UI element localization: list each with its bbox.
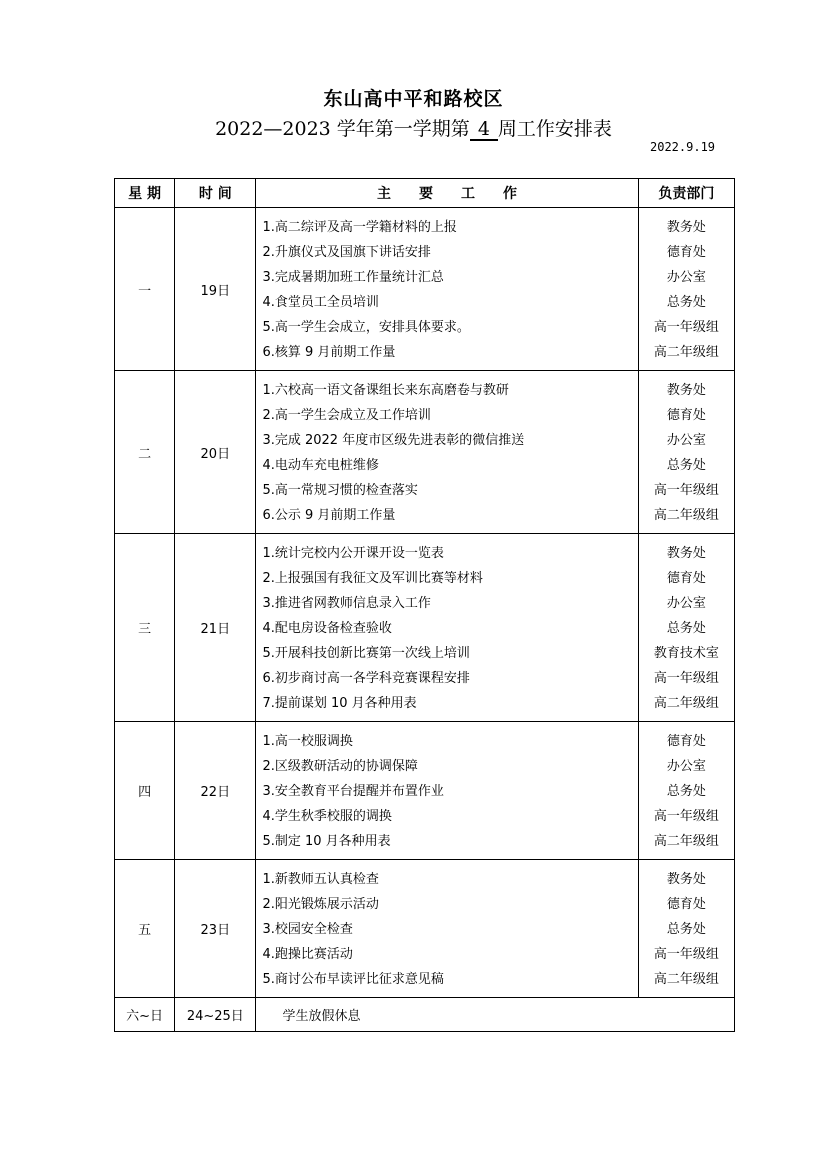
document-date: 2022.9.19 — [650, 140, 715, 154]
column-header-main-work: 主 要 工 作 — [256, 179, 638, 208]
table-row: 四22日1.高一校服调换2.区级教研活动的协调保障3.安全教育平台提醒并布置作业… — [115, 722, 735, 860]
week-number: 4 — [470, 119, 498, 141]
weekday-cell: 二 — [115, 371, 175, 534]
department-item: 德育处 — [639, 892, 734, 917]
task-item: 3.完成 2022 年度市区级先进表彰的微信推送 — [262, 428, 637, 453]
date-cell: 22日 — [175, 722, 256, 860]
task-item: 6.公示 9 月前期工作量 — [262, 503, 637, 528]
department-item: 高二年级组 — [639, 340, 734, 365]
department-item: 高一年级组 — [639, 942, 734, 967]
weekend-note: 学生放假休息 — [256, 998, 735, 1032]
department-item: 德育处 — [639, 240, 734, 265]
department-cell: 教务处德育处办公室总务处高一年级组高二年级组 — [638, 371, 734, 534]
task-item: 3.安全教育平台提醒并布置作业 — [262, 779, 637, 804]
page-title: 2022—2023 学年第一学期第4周工作安排表 — [0, 114, 827, 141]
task-item: 4.学生秋季校服的调换 — [262, 804, 637, 829]
task-item: 7.提前谋划 10 月各种用表 — [262, 691, 637, 716]
column-header-department: 负责部门 — [638, 179, 734, 208]
department-item: 德育处 — [639, 729, 734, 754]
tasks-cell: 1.六校高一语文备课组长来东高磨卷与教研2.高一学生会成立及工作培训3.完成 2… — [256, 371, 638, 534]
date-cell: 21日 — [175, 534, 256, 722]
weekday-cell: 六~日 — [115, 998, 175, 1032]
department-item: 教务处 — [639, 867, 734, 892]
department-item: 办公室 — [639, 591, 734, 616]
task-item: 1.高一校服调换 — [262, 729, 637, 754]
table-header-row: 星 期 时 间 主 要 工 作 负责部门 — [115, 179, 735, 208]
task-item: 4.电动车充电桩维修 — [262, 453, 637, 478]
department-cell: 教务处德育处办公室总务处教育技术室高一年级组高二年级组 — [638, 534, 734, 722]
task-item: 1.六校高一语文备课组长来东高磨卷与教研 — [262, 378, 637, 403]
department-item: 总务处 — [639, 290, 734, 315]
department-item: 办公室 — [639, 265, 734, 290]
column-header-weekday: 星 期 — [115, 179, 175, 208]
department-item: 总务处 — [639, 779, 734, 804]
task-item: 4.配电房设备检查验收 — [262, 616, 637, 641]
tasks-cell: 1.高二综评及高一学籍材料的上报2.升旗仪式及国旗下讲话安排3.完成暑期加班工作… — [256, 208, 638, 371]
department-item: 高二年级组 — [639, 967, 734, 992]
task-item: 6.初步商讨高一各学科竞赛课程安排 — [262, 666, 637, 691]
task-item: 3.完成暑期加班工作量统计汇总 — [262, 265, 637, 290]
task-item: 2.阳光锻炼展示活动 — [262, 892, 637, 917]
department-item: 高二年级组 — [639, 829, 734, 854]
department-item: 德育处 — [639, 403, 734, 428]
task-item: 2.区级教研活动的协调保障 — [262, 754, 637, 779]
column-header-time: 时 间 — [175, 179, 256, 208]
task-item: 5.开展科技创新比赛第一次线上培训 — [262, 641, 637, 666]
department-cell: 德育处办公室总务处高一年级组高二年级组 — [638, 722, 734, 860]
department-item: 高一年级组 — [639, 804, 734, 829]
table-row: 一19日1.高二综评及高一学籍材料的上报2.升旗仪式及国旗下讲话安排3.完成暑期… — [115, 208, 735, 371]
weekday-cell: 四 — [115, 722, 175, 860]
department-item: 高一年级组 — [639, 666, 734, 691]
department-item: 总务处 — [639, 616, 734, 641]
department-item: 办公室 — [639, 428, 734, 453]
schedule-table: 星 期 时 间 主 要 工 作 负责部门 一19日1.高二综评及高一学籍材料的上… — [114, 178, 735, 1032]
department-item: 办公室 — [639, 754, 734, 779]
department-item: 高二年级组 — [639, 503, 734, 528]
weekday-cell: 三 — [115, 534, 175, 722]
task-item: 1.统计完校内公开课开设一览表 — [262, 541, 637, 566]
table-row: 五23日1.新教师五认真检查2.阳光锻炼展示活动3.校园安全检查4.跑操比赛活动… — [115, 860, 735, 998]
tasks-cell: 1.高一校服调换2.区级教研活动的协调保障3.安全教育平台提醒并布置作业4.学生… — [256, 722, 638, 860]
weekday-cell: 五 — [115, 860, 175, 998]
department-cell: 教务处德育处总务处高一年级组高二年级组 — [638, 860, 734, 998]
task-item: 4.跑操比赛活动 — [262, 942, 637, 967]
title-suffix: 周工作安排表 — [498, 118, 612, 140]
task-item: 1.高二综评及高一学籍材料的上报 — [262, 215, 637, 240]
table-row: 二20日1.六校高一语文备课组长来东高磨卷与教研2.高一学生会成立及工作培训3.… — [115, 371, 735, 534]
task-item: 5.高一学生会成立，安排具体要求。 — [262, 315, 637, 340]
task-item: 3.校园安全检查 — [262, 917, 637, 942]
task-item: 3.推进省网教师信息录入工作 — [262, 591, 637, 616]
department-item: 德育处 — [639, 566, 734, 591]
department-item: 总务处 — [639, 917, 734, 942]
task-item: 5.商讨公布早读评比征求意见稿 — [262, 967, 637, 992]
task-item: 4.食堂员工全员培训 — [262, 290, 637, 315]
department-item: 教育技术室 — [639, 641, 734, 666]
department-item: 高一年级组 — [639, 478, 734, 503]
tasks-cell: 1.统计完校内公开课开设一览表2.上报强国有我征文及军训比赛等材料3.推进省网教… — [256, 534, 638, 722]
task-item: 5.高一常规习惯的检查落实 — [262, 478, 637, 503]
date-cell: 23日 — [175, 860, 256, 998]
date-cell: 19日 — [175, 208, 256, 371]
date-cell: 20日 — [175, 371, 256, 534]
date-cell: 24~25日 — [175, 998, 256, 1032]
department-cell: 教务处德育处办公室总务处高一年级组高二年级组 — [638, 208, 734, 371]
task-item: 1.新教师五认真检查 — [262, 867, 637, 892]
tasks-cell: 1.新教师五认真检查2.阳光锻炼展示活动3.校园安全检查4.跑操比赛活动5.商讨… — [256, 860, 638, 998]
title-prefix: 2022—2023 学年第一学期第 — [215, 118, 470, 140]
task-item: 5.制定 10 月各种用表 — [262, 829, 637, 854]
task-item: 2.上报强国有我征文及军训比赛等材料 — [262, 566, 637, 591]
department-item: 高一年级组 — [639, 315, 734, 340]
weekday-cell: 一 — [115, 208, 175, 371]
department-item: 教务处 — [639, 215, 734, 240]
task-item: 2.升旗仪式及国旗下讲话安排 — [262, 240, 637, 265]
department-item: 教务处 — [639, 541, 734, 566]
department-item: 总务处 — [639, 453, 734, 478]
department-item: 高二年级组 — [639, 691, 734, 716]
department-item: 教务处 — [639, 378, 734, 403]
table-row-weekend: 六~日 24~25日 学生放假休息 — [115, 998, 735, 1032]
task-item: 2.高一学生会成立及工作培训 — [262, 403, 637, 428]
school-name: 东山高中平和路校区 — [0, 84, 827, 111]
table-row: 三21日1.统计完校内公开课开设一览表2.上报强国有我征文及军训比赛等材料3.推… — [115, 534, 735, 722]
task-item: 6.核算 9 月前期工作量 — [262, 340, 637, 365]
